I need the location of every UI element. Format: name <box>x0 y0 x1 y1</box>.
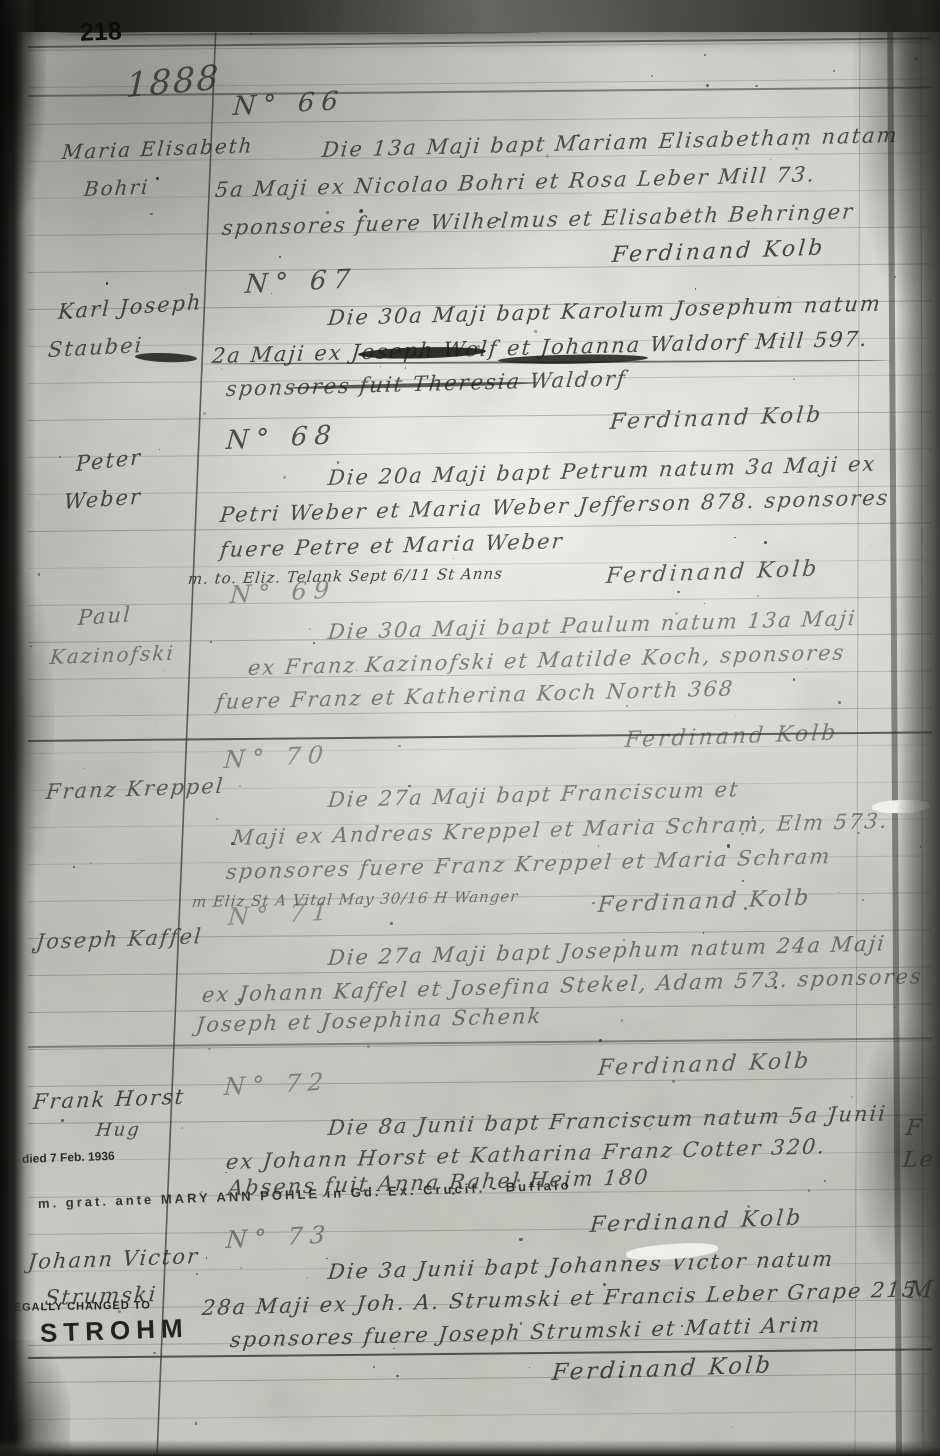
ink-speck <box>326 211 328 213</box>
ink-speck <box>159 449 160 450</box>
ink-speck <box>122 1125 123 1126</box>
page-number: 218 <box>80 17 123 47</box>
ink-speck <box>250 33 252 35</box>
ink-speck <box>686 209 689 212</box>
ink-speck <box>216 818 218 820</box>
entry-71-number: N° 71 <box>227 897 335 931</box>
ink-speck <box>238 998 241 1001</box>
entry-72-number: N° 72 <box>223 1067 331 1101</box>
entry-68-number: N° 68 <box>225 420 339 456</box>
ink-speck <box>306 1277 308 1279</box>
ink-speck <box>681 1325 683 1327</box>
ink-speck <box>210 641 212 643</box>
ink-speck <box>201 1191 202 1192</box>
ink-speck <box>396 1375 399 1378</box>
ink-speck <box>398 745 401 748</box>
ink-speck <box>562 851 563 852</box>
ink-speck <box>603 1283 606 1286</box>
ink-speck <box>150 213 153 216</box>
ink-speck <box>38 503 39 504</box>
ink-speck <box>706 84 709 87</box>
ink-speck <box>239 785 241 787</box>
entry-69-margin-name: Kazinofski <box>49 641 176 669</box>
ink-speck <box>538 1321 540 1323</box>
entry-66-margin-name: Bohri <box>83 175 151 201</box>
entry-72-margin-name: Hug <box>95 1119 142 1141</box>
ink-speck <box>838 701 840 703</box>
ink-speck <box>203 412 205 414</box>
ink-speck <box>649 1128 651 1130</box>
ink-speck <box>677 591 679 593</box>
ink-speck <box>498 218 500 220</box>
entry-69-margin-name: Paul <box>77 602 132 630</box>
entry-67-number: N° 67 <box>244 264 358 300</box>
entry-73-name-change-strohm: STROHM <box>39 1313 189 1349</box>
entry-66-number: N° 66 <box>232 86 346 122</box>
ink-speck <box>326 1258 327 1259</box>
ink-speck <box>534 330 537 333</box>
ink-speck <box>599 1039 602 1042</box>
ink-speck <box>851 1096 853 1098</box>
edge-text-fragment: F <box>905 1116 925 1142</box>
ink-speck <box>163 670 164 671</box>
ink-speck <box>390 922 393 925</box>
scan-top-edge <box>0 0 940 32</box>
year-heading: 1888 <box>125 58 221 107</box>
ink-speck <box>770 159 771 160</box>
ink-speck <box>546 154 549 157</box>
edge-text-fragment: M <box>907 1275 936 1304</box>
ink-speck <box>313 642 315 644</box>
ink-speck <box>519 1238 522 1241</box>
ink-speck <box>862 899 864 901</box>
ink-speck <box>716 1265 718 1267</box>
entry-69-number: N° 69 <box>229 575 337 609</box>
ink-speck <box>360 209 362 211</box>
ink-speck <box>477 345 480 348</box>
scan-right-edge <box>896 0 940 1456</box>
ink-speck <box>805 668 806 669</box>
ink-speck <box>309 628 311 630</box>
ink-speck <box>337 461 339 463</box>
ink-speck <box>795 147 798 150</box>
ink-speck <box>672 1080 674 1082</box>
ink-speck <box>69 316 71 318</box>
ink-speck <box>281 1329 283 1331</box>
ink-speck <box>106 282 108 284</box>
ink-speck <box>118 1310 120 1312</box>
ink-speck <box>777 296 780 299</box>
ink-speck <box>793 678 796 681</box>
baptismal-register-scan: 218 1888 N° 66 Maria Elisabeth Bohri Die… <box>0 0 940 1456</box>
ink-speck <box>598 845 600 847</box>
ink-speck <box>622 985 624 987</box>
ink-speck <box>747 1205 750 1208</box>
entry-70-number: N° 70 <box>223 740 331 774</box>
ink-speck <box>517 1179 519 1181</box>
ink-speck <box>787 1056 789 1058</box>
ink-speck <box>279 256 281 258</box>
entry-73-number: N° 73 <box>225 1220 333 1254</box>
ink-speck <box>833 70 834 71</box>
ink-speck <box>373 1366 375 1368</box>
ink-speck <box>619 1375 622 1378</box>
ink-speck <box>741 833 744 836</box>
scan-bottom-edge <box>0 1440 940 1456</box>
scan-left-edge <box>0 0 36 1456</box>
ink-speck <box>764 541 767 544</box>
entry-67-margin-name: Staubei <box>47 333 144 362</box>
ink-speck <box>153 1352 155 1354</box>
edge-text-fragment: Le <box>902 1147 936 1173</box>
ink-speck <box>829 1107 831 1109</box>
ink-speck <box>206 1257 208 1259</box>
ink-speck <box>181 1127 183 1129</box>
ink-speck <box>838 892 839 893</box>
